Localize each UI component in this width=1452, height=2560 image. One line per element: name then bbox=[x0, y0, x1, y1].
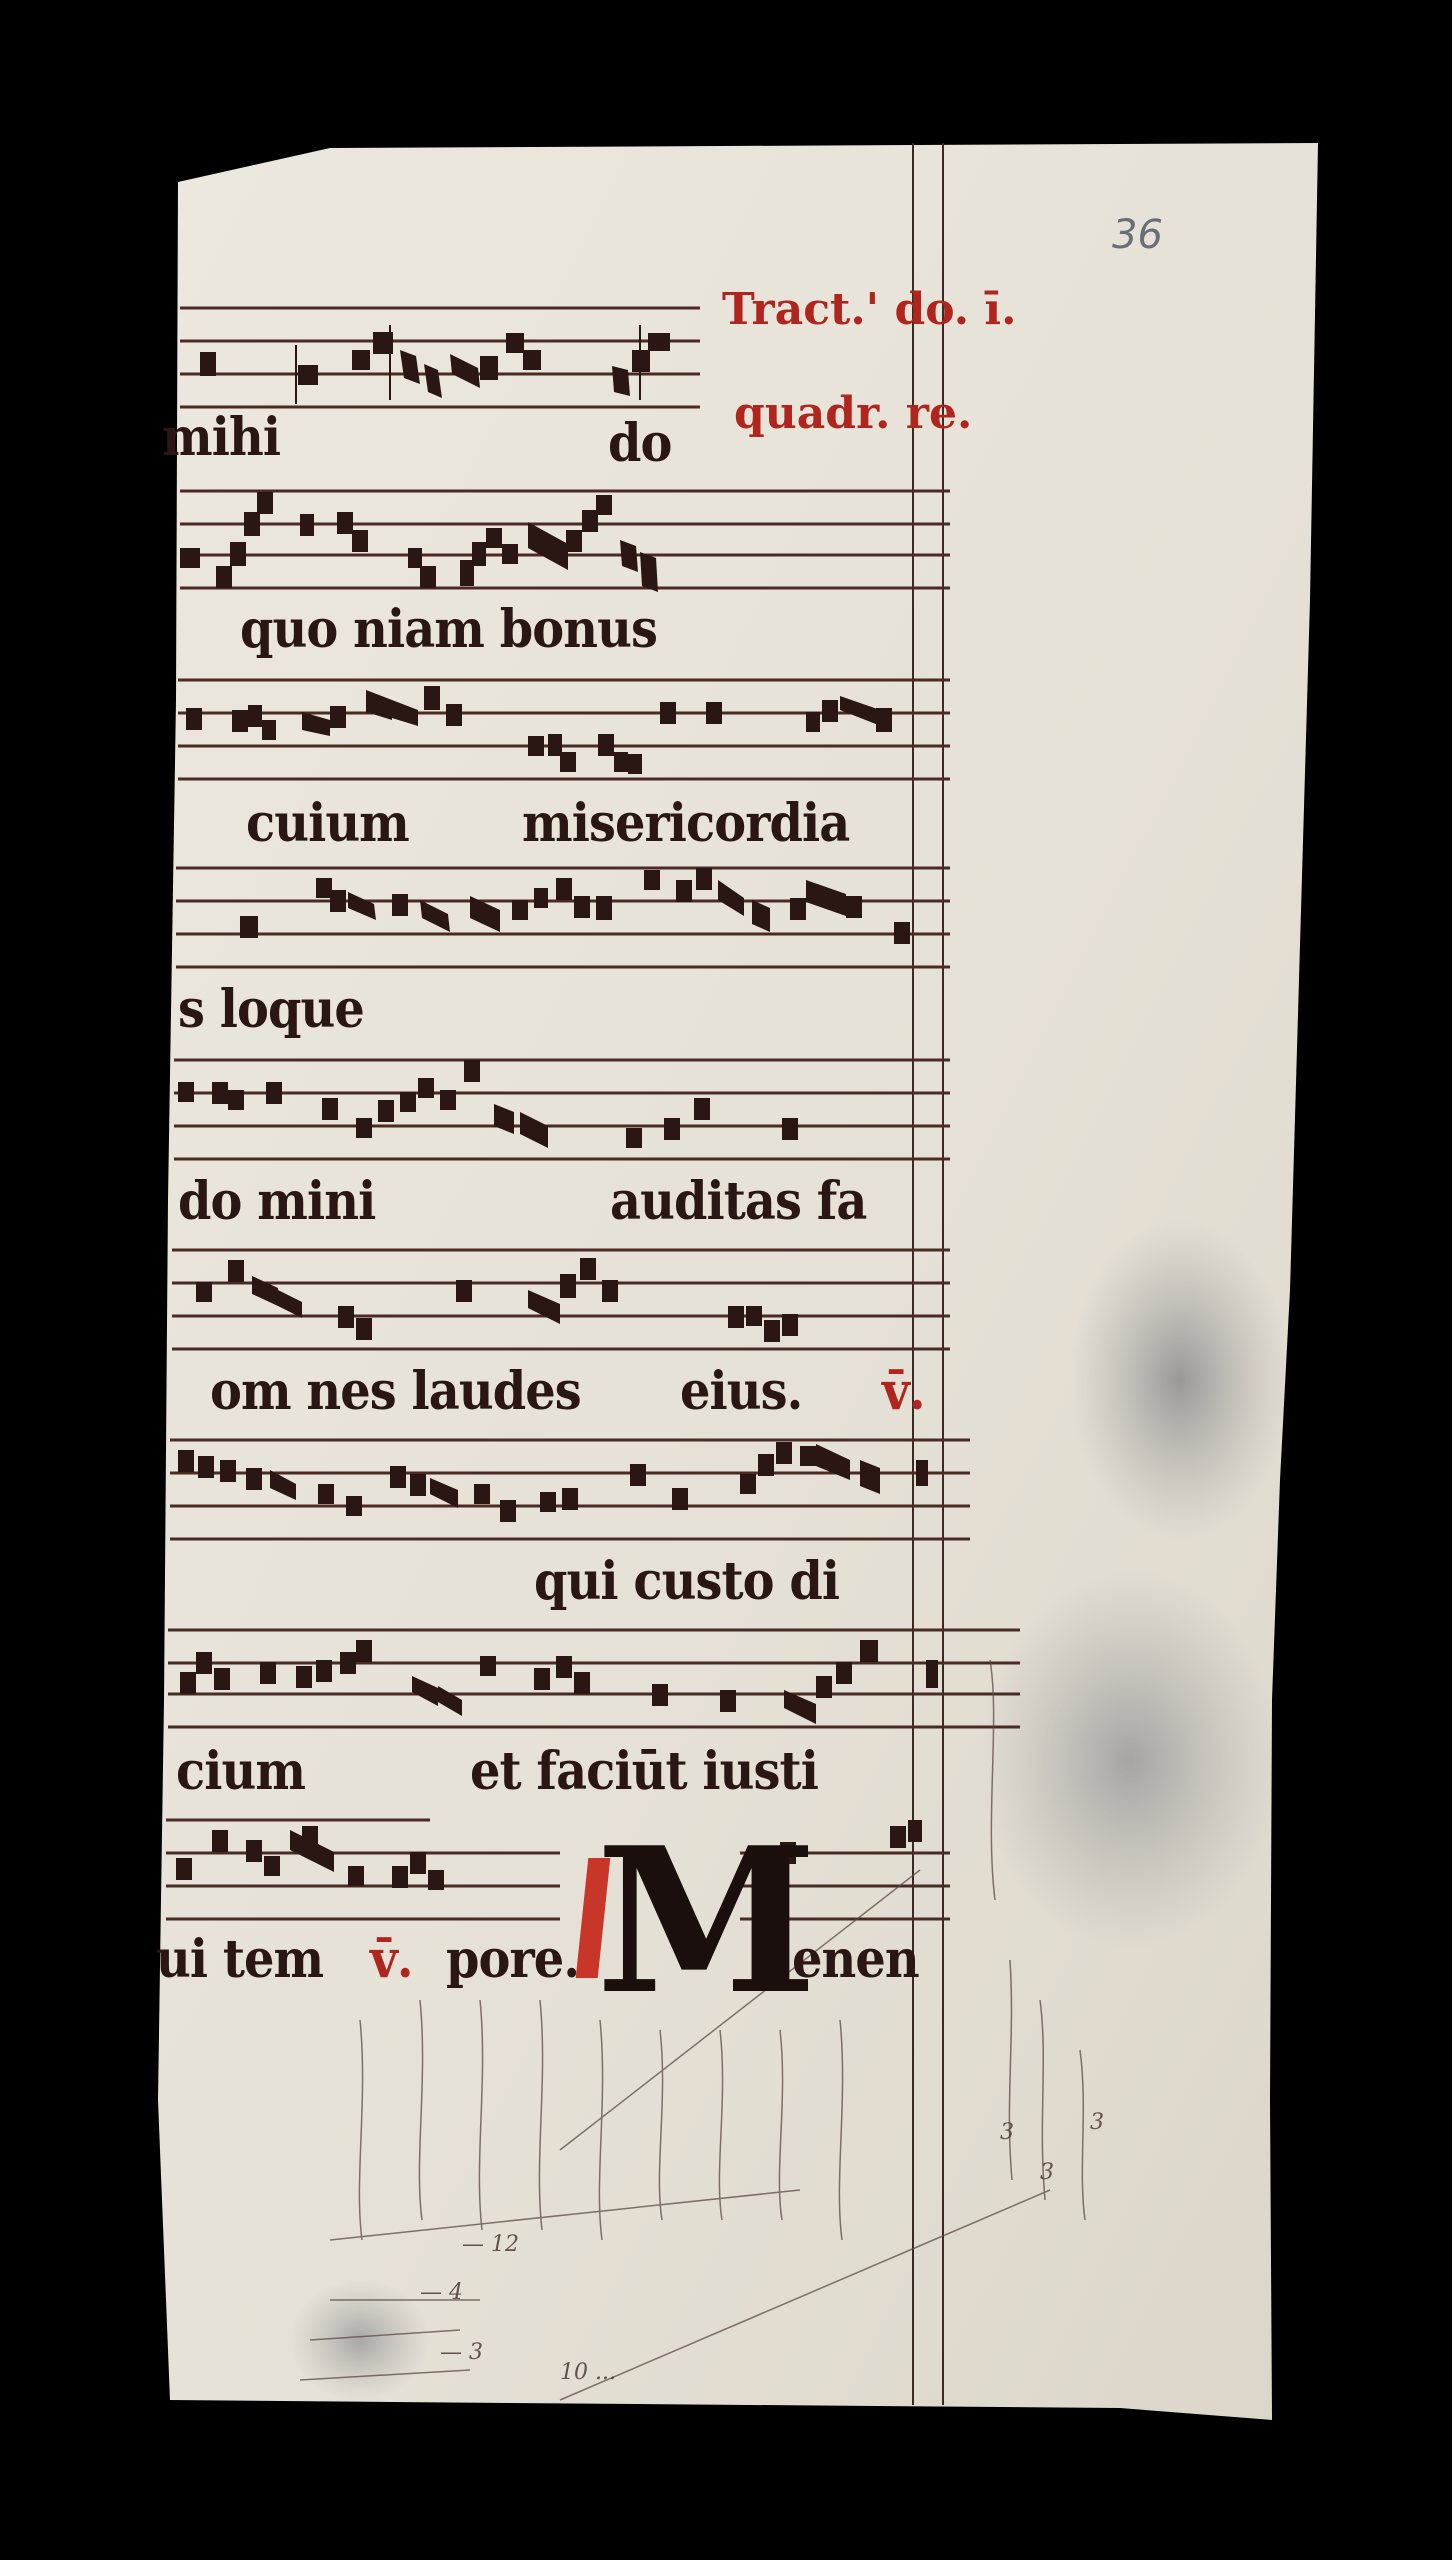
marginal-note-5: 3 bbox=[1000, 2120, 1014, 2145]
folio-number: 36 bbox=[1112, 212, 1163, 258]
lyric-line-8a: cium bbox=[176, 1746, 305, 1798]
decorated-initial: M bbox=[596, 1822, 817, 2022]
marginal-note-6: 3 bbox=[1040, 2160, 1054, 2185]
lyric-line-2: quo niam bonus bbox=[240, 604, 657, 656]
parchment-svg bbox=[0, 0, 1452, 2560]
lyric-line-8b: et faciūt iusti bbox=[470, 1746, 818, 1798]
lyric-line-9b: pore. bbox=[446, 1934, 579, 1986]
lyric-line-6b: eius. bbox=[680, 1366, 802, 1418]
marginal-note-7: 3 bbox=[1090, 2110, 1104, 2135]
manuscript-leaf: 36 Tract.' do. ī. quadr. re. mihi do quo… bbox=[0, 0, 1452, 2560]
lyric-line-7: qui custo di bbox=[534, 1556, 839, 1608]
lyric-line-4: s loque bbox=[178, 984, 364, 1036]
lyric-line-6a: om nes laudes bbox=[210, 1366, 581, 1418]
versicle-mark-2: v̄. bbox=[370, 1934, 413, 1986]
marginal-note-3: — 3 bbox=[440, 2340, 483, 2365]
marginal-note-1: — 12 bbox=[462, 2232, 519, 2257]
rubric-heading-line1: Tract.' do. ī. bbox=[722, 288, 1016, 332]
lyric-line-3a: cuium bbox=[246, 798, 409, 850]
lyric-line-9a: ui tem bbox=[156, 1934, 323, 1986]
rubric-heading-line2: quadr. re. bbox=[734, 392, 972, 436]
versicle-mark-1: v̄. bbox=[882, 1366, 925, 1418]
lyric-line-1b: do bbox=[608, 418, 672, 470]
lyric-line-1a: mihi bbox=[162, 412, 280, 464]
marginal-note-4: 10 ... bbox=[560, 2360, 616, 2385]
lyric-line-5a: do mini bbox=[178, 1176, 375, 1228]
lyric-line-3b: misericordia bbox=[522, 798, 849, 850]
lyric-line-5b: auditas fa bbox=[610, 1176, 866, 1228]
marginal-note-2: — 4 bbox=[420, 2280, 463, 2305]
